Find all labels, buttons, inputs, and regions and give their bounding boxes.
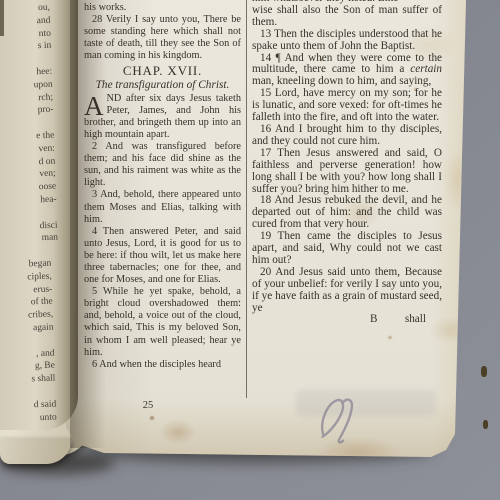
verse-17: 17 Then Jesus answered and said, O faith… [252,148,442,196]
verse-1: AND after six days Jesus taketh Peter, J… [84,93,241,141]
verse-13: 13 Then the disciples understood that he… [252,29,442,53]
verse-18: 18 And Jesus rebuked the devil, and he d… [252,195,442,231]
foxing-speck [150,416,154,420]
chapter-subtitle: The transfiguration of Christ. [84,79,241,91]
catchword: shall [405,314,442,326]
column-divider-rule [246,0,247,398]
verse-16: 16 And I brought him to thy disciples, a… [252,124,442,148]
left-text-column: his works. 28 Verily I say unto you, The… [84,2,241,371]
right-text-column: him whatsoever they listed. Like- wise s… [252,0,442,326]
signature-mark: B [370,314,377,326]
verse-14-italic-word: certain [410,63,442,75]
verse-continuation: his works. [84,2,241,14]
verse-20: 20 And Jesus said unto them, Because of … [252,267,442,315]
verse-12-end: wise shall also the Son of man suffer of… [252,5,442,29]
facing-page-text-fragments-lower: beganciples,erus-of thecribes,again , an… [26,258,57,425]
signature-line: B shall [252,314,442,326]
verse-3: 3 And, behold, there appeared unto them … [84,189,241,225]
drop-cap: A [84,93,107,117]
book-page: his works. 28 Verily I say unto you, The… [58,0,470,463]
verse-2: 2 And was transfigured before them; and … [84,141,241,189]
verse-1-text: ND after six days Jesus taketh Peter, Ja… [84,93,241,140]
binding-sliver [0,0,4,36]
verse-15: 15 Lord, have mercy on my son; for he is… [252,88,442,124]
facing-page-edge: ou,andntos in hee:uponrch;pro- e theven:… [0,0,78,430]
book-photograph: his works. 28 Verily I say unto you, The… [0,0,500,500]
facing-page-text-fragments-upper: ou,andntos in hee:uponrch;pro- e theven:… [31,2,58,246]
verse-28: 28 Verily I say unto you, There be some … [84,14,241,62]
verse-6-partial: 6 And when the disciples heard [84,359,241,371]
verse-19: 19 Then came the disciples to Jesus apar… [252,231,442,267]
foxing-speck [388,336,392,339]
verse-5: 5 While he yet spake, behold, a bright c… [84,286,241,359]
page-number: 25 [118,400,178,411]
binding-edge-speck [483,420,488,429]
verse-14-text-after: man, kneeling down to him, and saying, [252,75,431,87]
verse-14: 14 ¶ And when they were come to the mult… [252,53,442,89]
pencil-annotation-mark [315,394,365,446]
binding-edge-speck [481,366,487,377]
verse-4: 4 Then answered Peter, and said unto Jes… [84,226,241,286]
chapter-heading: CHAP. XVII. [84,65,241,77]
